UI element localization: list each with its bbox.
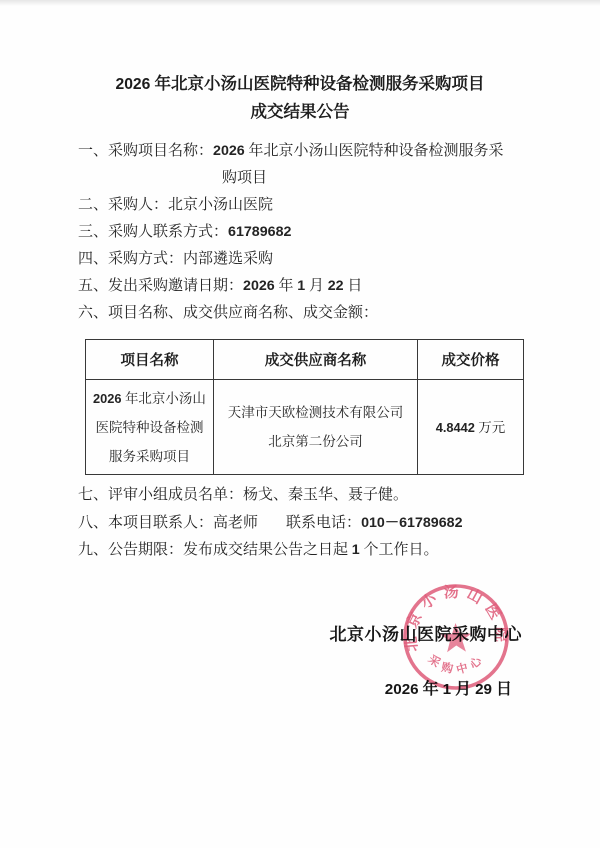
item-value: 内部遴选采购 (183, 251, 273, 267)
item-value: 北京小汤山医院 (168, 197, 273, 213)
item-value: 杨戈、秦玉华、聂子健。 (243, 487, 408, 503)
project-name-line: 服务采购项目 (88, 442, 211, 471)
item-value: 2026 年 1 月 22 日 (243, 278, 362, 294)
item-procurement-method: 四、采购方式：内部遴选采购 (78, 246, 516, 273)
item-value: 高老师 (213, 515, 258, 531)
table-row: 2026 年北京小汤山 医院特种设备检测 服务采购项目 天津市天欧检测技术有限公… (86, 380, 524, 475)
item-label: 发出采购邀请日期： (108, 278, 243, 294)
award-result-table: 项目名称 成交供应商名称 成交价格 2026 年北京小汤山 医院特种设备检测 服… (85, 339, 524, 475)
item-marker: 一、 (78, 143, 108, 159)
item-review-panel: 七、评审小组成员名单：杨戈、秦玉华、聂子健。 (78, 482, 516, 510)
item-purchaser-contact: 三、采购人联系方式：61789682 (78, 219, 516, 246)
item-label: 采购项目名称： (108, 143, 213, 159)
document-title: 2026 年北京小汤山医院特种设备检测服务采购项目 成交结果公告 (0, 0, 600, 125)
item-label: 本项目联系人： (108, 515, 213, 531)
title-line-1: 2026 年北京小汤山医院特种设备检测服务采购项目 (0, 70, 600, 98)
item-value-phone: 010－61789682 (361, 515, 462, 531)
header-supplier-name: 成交供应商名称 (214, 340, 418, 380)
item-marker: 二、 (78, 197, 108, 213)
cell-supplier-name: 天津市天欧检测技术有限公司 北京第二份公司 (214, 380, 418, 475)
item-value: 61789682 (228, 224, 291, 240)
item-table-intro: 六、项目名称、成交供应商名称、成交金额： (78, 300, 516, 327)
item-label-phone: 联系电话： (286, 515, 361, 531)
item-marker: 四、 (78, 251, 108, 267)
star-icon (440, 622, 471, 652)
item-label: 评审小组成员名单： (108, 487, 243, 503)
document-page: 2026 年北京小汤山医院特种设备检测服务采购项目 成交结果公告 一、采购项目名… (0, 0, 600, 848)
project-name-line: 医院特种设备检测 (88, 413, 211, 442)
cell-price: 4.8442 万元 (418, 380, 524, 475)
supplier-line: 天津市天欧检测技术有限公司 (216, 398, 415, 427)
items-top-section: 一、采购项目名称：2026 年北京小汤山医院特种设备检测服务采购项目 二、采购人… (78, 138, 516, 327)
official-seal-stamp: 北京小汤山医院 采购中心 (389, 570, 523, 704)
item-project-name: 一、采购项目名称：2026 年北京小汤山医院特种设备检测服务采购项目 (78, 138, 516, 192)
project-name-line: 2026 年北京小汤山 (88, 384, 211, 413)
item-contact-person: 八、本项目联系人：高老师联系电话：010－61789682 (78, 510, 516, 538)
item-value: 2026 年北京小汤山医院特种设备检测服务采购项目 (213, 143, 503, 186)
item-label: 项目名称、成交供应商名称、成交金额： (108, 305, 378, 321)
item-marker: 九、 (78, 542, 108, 558)
item-purchaser: 二、采购人：北京小汤山医院 (78, 192, 516, 219)
item-value: 发布成交结果公告之日起 1 个工作日。 (183, 542, 438, 558)
item-invitation-date: 五、发出采购邀请日期：2026 年 1 月 22 日 (78, 273, 516, 300)
header-price: 成交价格 (418, 340, 524, 380)
items-bottom-section: 七、评审小组成员名单：杨戈、秦玉华、聂子健。 八、本项目联系人：高老师联系电话：… (78, 482, 516, 565)
item-label: 采购方式： (108, 251, 183, 267)
header-project-name: 项目名称 (86, 340, 214, 380)
item-label: 采购人： (108, 197, 168, 213)
item-marker: 三、 (78, 224, 108, 240)
seal-bottom-text: 采购中心 (425, 650, 488, 678)
item-marker: 七、 (78, 487, 108, 503)
cell-project-name: 2026 年北京小汤山 医院特种设备检测 服务采购项目 (86, 380, 214, 475)
item-marker: 五、 (78, 278, 108, 294)
item-marker: 六、 (78, 305, 108, 321)
item-label: 采购人联系方式： (108, 224, 228, 240)
item-announcement-period: 九、公告期限：发布成交结果公告之日起 1 个工作日。 (78, 537, 516, 565)
item-label: 公告期限： (108, 542, 183, 558)
item-marker: 八、 (78, 515, 108, 531)
supplier-line: 北京第二份公司 (216, 427, 415, 456)
table-header-row: 项目名称 成交供应商名称 成交价格 (86, 340, 524, 380)
title-line-2: 成交结果公告 (0, 98, 600, 125)
